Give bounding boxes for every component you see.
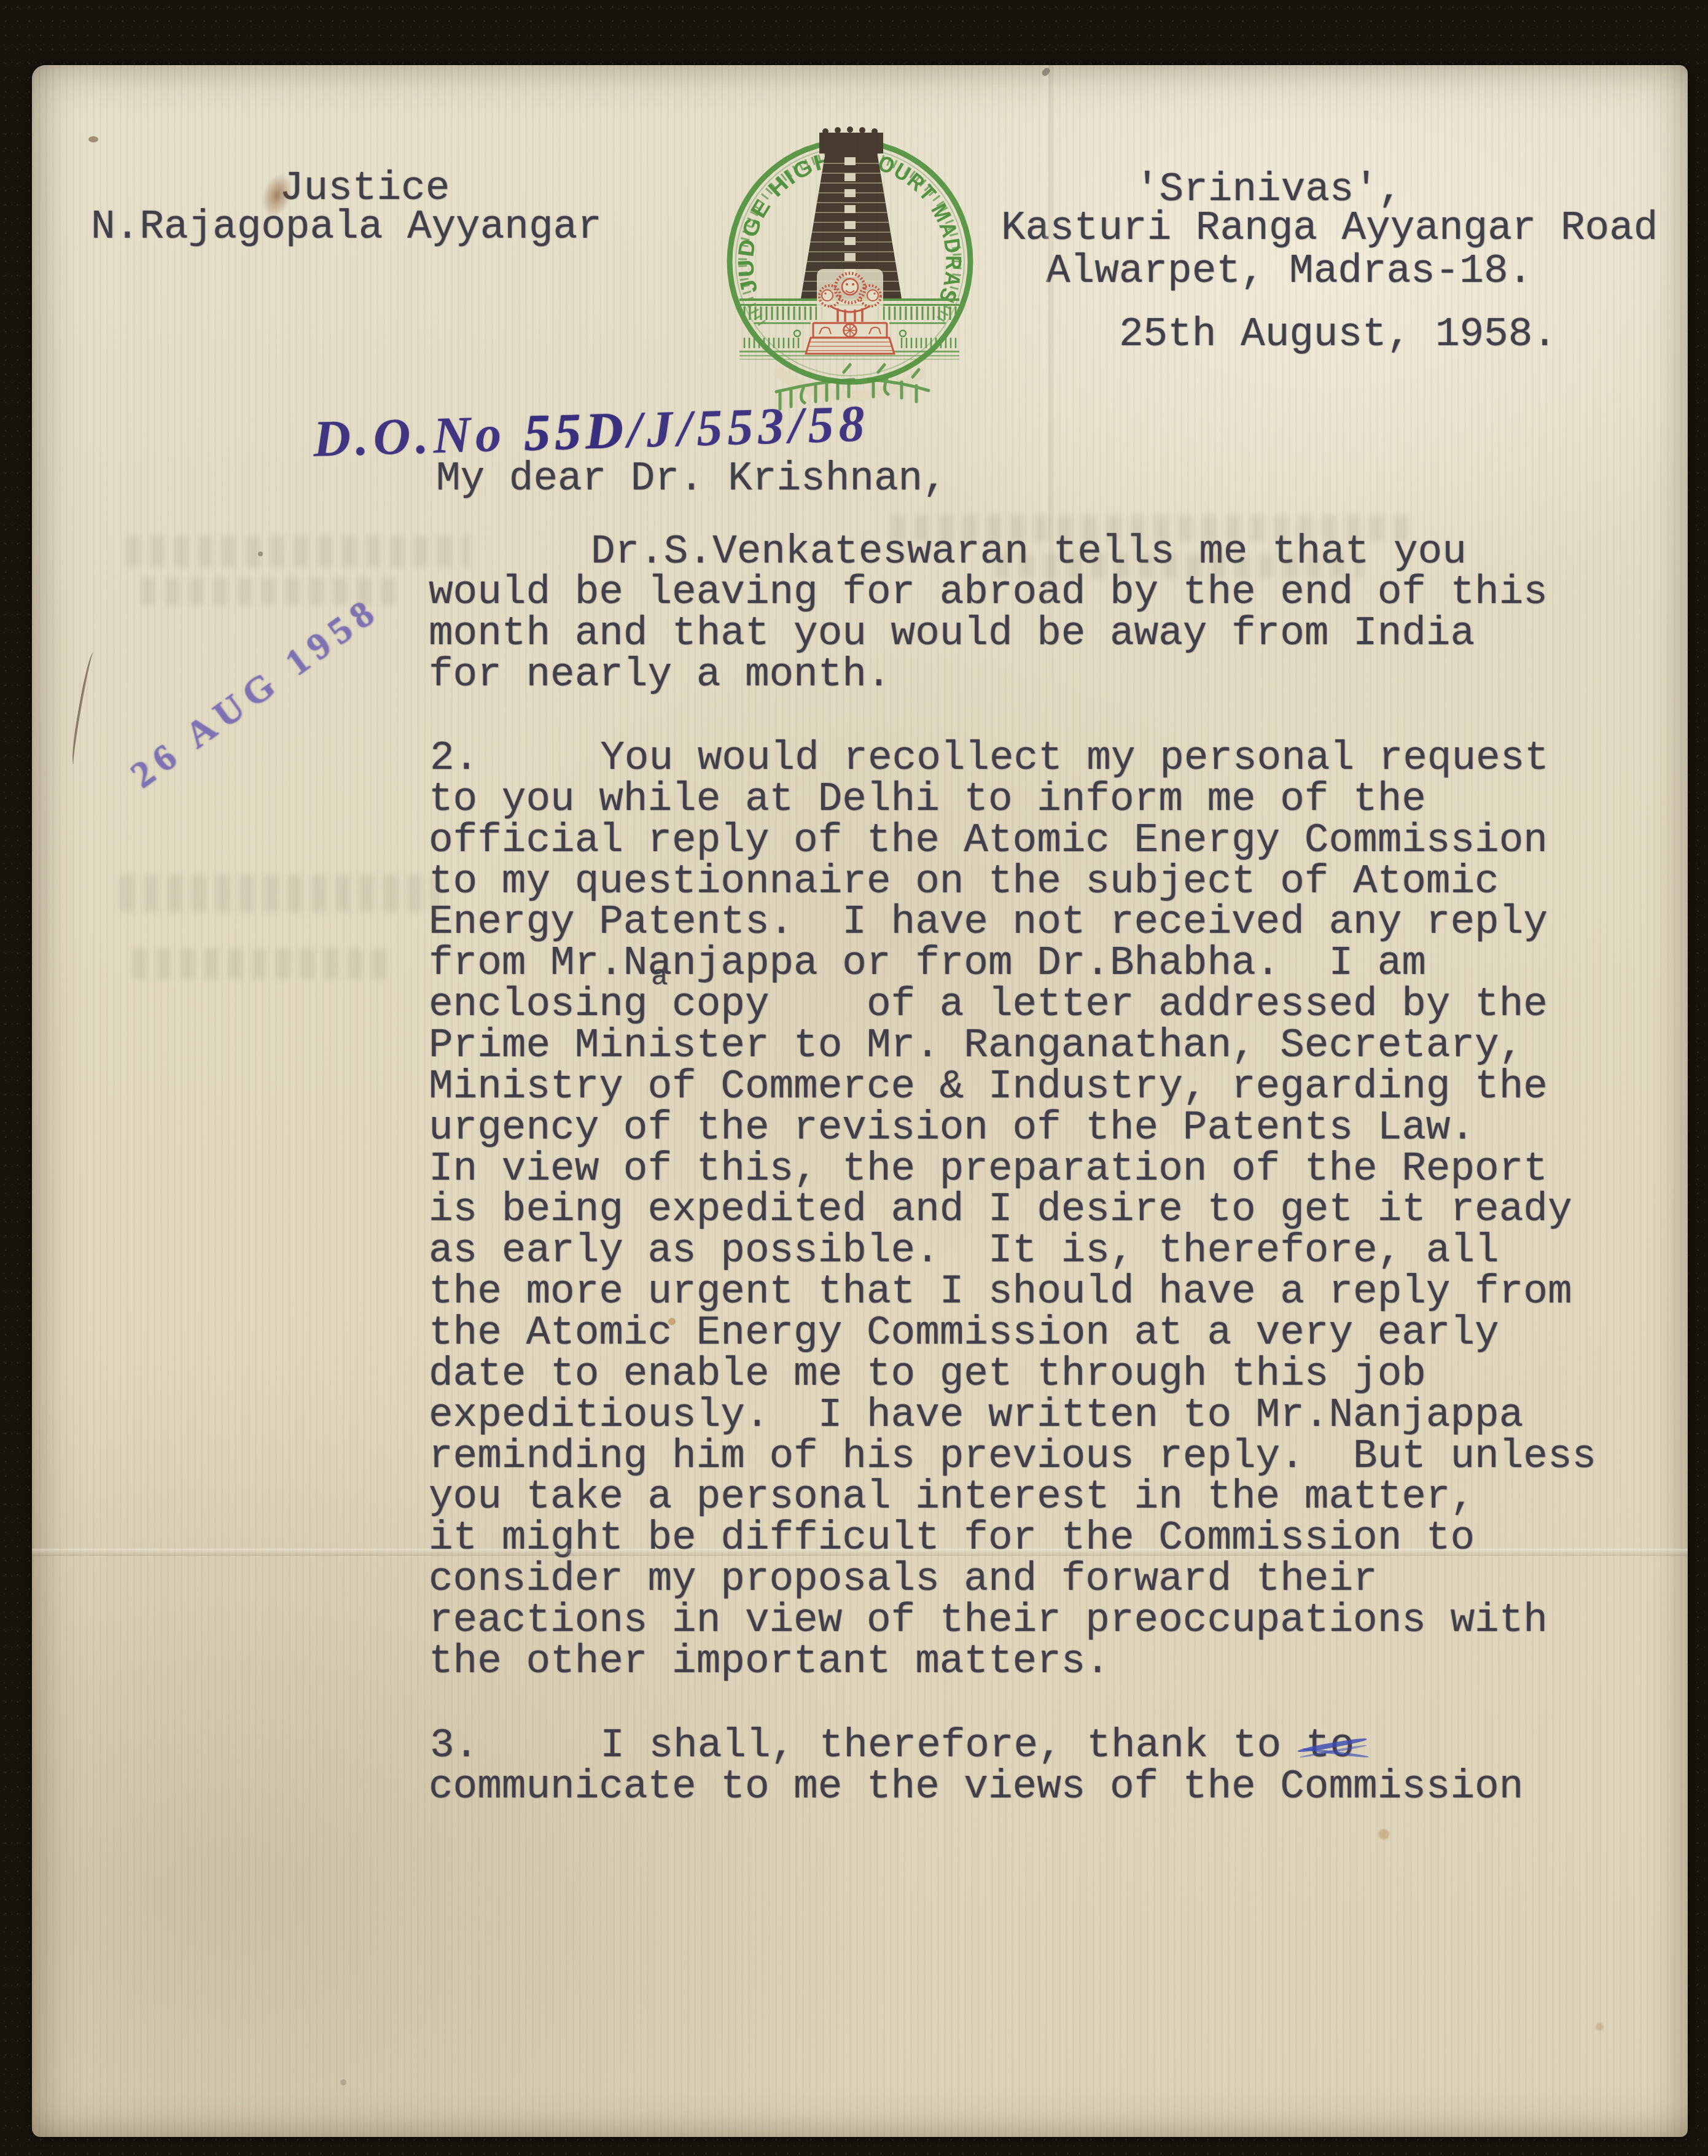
received-date-stamp: 26 AUG 1958 [122,588,388,798]
paper-speck [258,551,263,556]
para1-line: month and that you would be away from In… [429,613,1475,654]
para2-line: reminding him of his previous reply. But… [429,1436,1596,1477]
reference-number-rest: /J/553/58 [626,395,870,459]
para2-line: consider my proposals and forward their [429,1559,1378,1600]
para2-line: Prime Minister to Mr. Ranganathan, Secre… [429,1025,1523,1066]
letter-date: 25th August, 1958. [1119,314,1557,355]
letterhead-city: Alwarpet, Madras-18. [1046,251,1532,292]
para2-line: expeditiously. I have written to Mr.Nanj… [429,1395,1523,1436]
letterhead-title: Justice [279,168,450,209]
inserted-letter-a: a [651,963,668,991]
letterhead-street: Kasturi Ranga Ayyangar Road [1001,208,1658,249]
para3-line1-text: 3. I shall, therefore, thank to [430,1722,1306,1769]
para2-line: it might be difficult for the Commission… [429,1518,1475,1559]
para1-line: for nearly a month. [429,655,891,695]
para2-line: date to enable me to get through this jo… [429,1354,1426,1395]
letter-paper: Justice N.Rajagopala Ayyangar 'Srinivas'… [32,65,1688,2137]
paper-speck [1041,66,1051,77]
para2-line: official reply of the Atomic Energy Comm… [429,820,1548,861]
para2-line: Ministry of Commerce & Industry, regardi… [429,1067,1548,1107]
para2-line: 2. You would recollect my personal reque… [430,738,1549,779]
para2-line: to you while at Delhi to inform me of th… [429,779,1426,820]
para3-struck-word: to [1306,1726,1354,1766]
para2-line: urgency of the revision of the Patents L… [429,1108,1475,1148]
para2-line: you take a personal interest in the matt… [429,1477,1475,1517]
para2-line: is being expedited and I desire to get i… [429,1189,1572,1230]
para2-line: the Atomic Energy Commission at a very e… [429,1313,1499,1353]
para2-line: Energy Patents. I have not received any … [429,902,1548,943]
reference-number-overwritten: 55D [523,402,628,462]
para2-line: the other important matters. [429,1641,1110,1682]
para2-line: enclosing copy of a letter addressed by … [429,984,1548,1025]
bleed-smudge [132,949,390,979]
para2-line: reactions in view of their preoccupation… [429,1600,1548,1641]
letterhead-house: 'Srinivas', [1135,169,1403,210]
ashoka-lion-capital-icon [806,269,894,355]
salutation: My dear Dr. Krishnan, [436,459,947,499]
para2-line: from Mr.Nanjappa or from Dr.Bhabha. I am [429,943,1426,984]
paper-speck [340,2079,346,2085]
para1-line: Dr.S.Venkateswaran tells me that you [591,532,1467,572]
high-court-madras-seal: JUDGE HIGH COURT MADRAS [717,114,981,421]
para2-line: the more urgent that I should have a rep… [429,1272,1572,1312]
edge-crack-mark [69,652,98,765]
para2-line: In view of this, the preparation of the … [429,1149,1548,1189]
letterhead-name: N.Rajagopala Ayyangar [91,207,602,247]
bleed-smudge [120,875,439,912]
paper-speck [88,136,98,142]
para3-line1: 3. I shall, therefore, thank to to [430,1726,1354,1766]
para2-line: as early as possible. It is, therefore, … [429,1231,1499,1271]
bleed-smudge [126,535,470,567]
para1-line: would be leaving for abroad by the end o… [429,572,1548,613]
rust-spot [1378,1829,1389,1840]
para2-line: to my questionnaire on the subject of At… [429,862,1499,902]
para3-line2: communicate to me the views of the Commi… [429,1767,1523,1807]
rust-spot [1596,2023,1604,2031]
scanner-background: Justice N.Rajagopala Ayyangar 'Srinivas'… [0,0,1708,2156]
